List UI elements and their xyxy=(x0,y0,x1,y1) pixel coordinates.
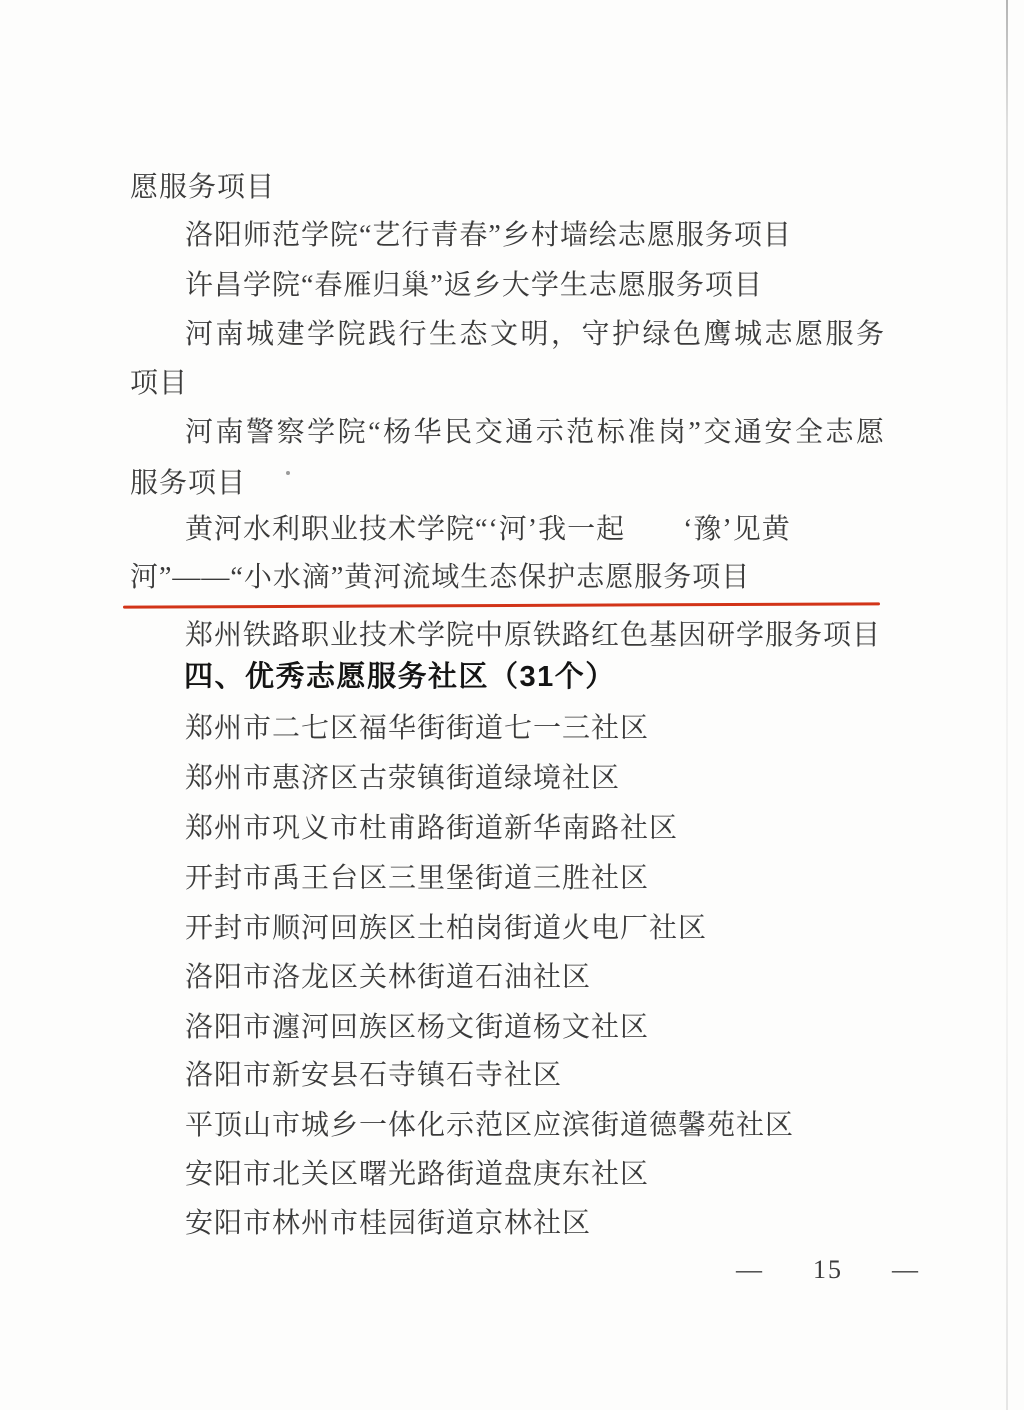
text-line: 许昌学院“春雁归巢”返乡大学生志愿服务项目 xyxy=(185,268,763,304)
community-list-item: 开封市顺河回族区土柏岗街道火电厂社区 xyxy=(185,911,707,947)
community-list-item: 开封市禹王台区三里堡街道三胜社区 xyxy=(185,861,649,897)
community-list-item: 郑州市二七区福华街街道七一三社区 xyxy=(185,711,649,747)
text-line: 河南警察学院“杨华民交通示范标准岗”交通安全志愿 xyxy=(185,415,884,451)
scanned-document-page: 愿服务项目 洛阳师范学院“艺行青春”乡村墙绘志愿服务项目 许昌学院“春雁归巢”返… xyxy=(0,0,1024,1410)
community-list-item: 安阳市北关区曙光路街道盘庚东社区 xyxy=(185,1157,649,1193)
scan-edge-shadow xyxy=(1006,0,1008,1410)
community-list-item: 洛阳市瀍河回族区杨文街道杨文社区 xyxy=(185,1010,649,1046)
community-list-item: 洛阳市新安县石寺镇石寺社区 xyxy=(185,1058,562,1094)
text-line: 项目 xyxy=(130,366,188,402)
community-list-item: 平顶山市城乡一体化示范区应滨街道德馨苑社区 xyxy=(185,1108,794,1144)
red-underline-annotation xyxy=(123,602,880,608)
text-line: 黄河水利职业技术学院“‘河’我一起 ‘豫’见黄 xyxy=(185,512,791,548)
text-line: 服务项目 xyxy=(130,466,246,502)
page-number: — 15 — xyxy=(736,1254,920,1286)
text-line: 洛阳师范学院“艺行青春”乡村墙绘志愿服务项目 xyxy=(185,218,792,254)
community-list-item: 安阳市林州市桂园街道京林社区 xyxy=(185,1206,591,1242)
community-list-item: 郑州市巩义市杜甫路街道新华南路社区 xyxy=(185,811,678,847)
text-line: 郑州铁路职业技术学院中原铁路红色基因研学服务项目 xyxy=(185,618,881,654)
text-line: 河”——“小水滴”黄河流域生态保护志愿服务项目 xyxy=(130,560,750,596)
community-list-item: 洛阳市洛龙区关林街道石油社区 xyxy=(185,960,591,996)
text-line: 河南城建学院践行生态文明，守护绿色鹰城志愿服务 xyxy=(185,317,884,353)
section-heading: 四、优秀志愿服务社区（31个） xyxy=(184,659,616,695)
text-line: 愿服务项目 xyxy=(130,170,275,206)
ink-speck xyxy=(286,471,290,475)
community-list-item: 郑州市惠济区古荥镇街道绿境社区 xyxy=(185,761,620,797)
